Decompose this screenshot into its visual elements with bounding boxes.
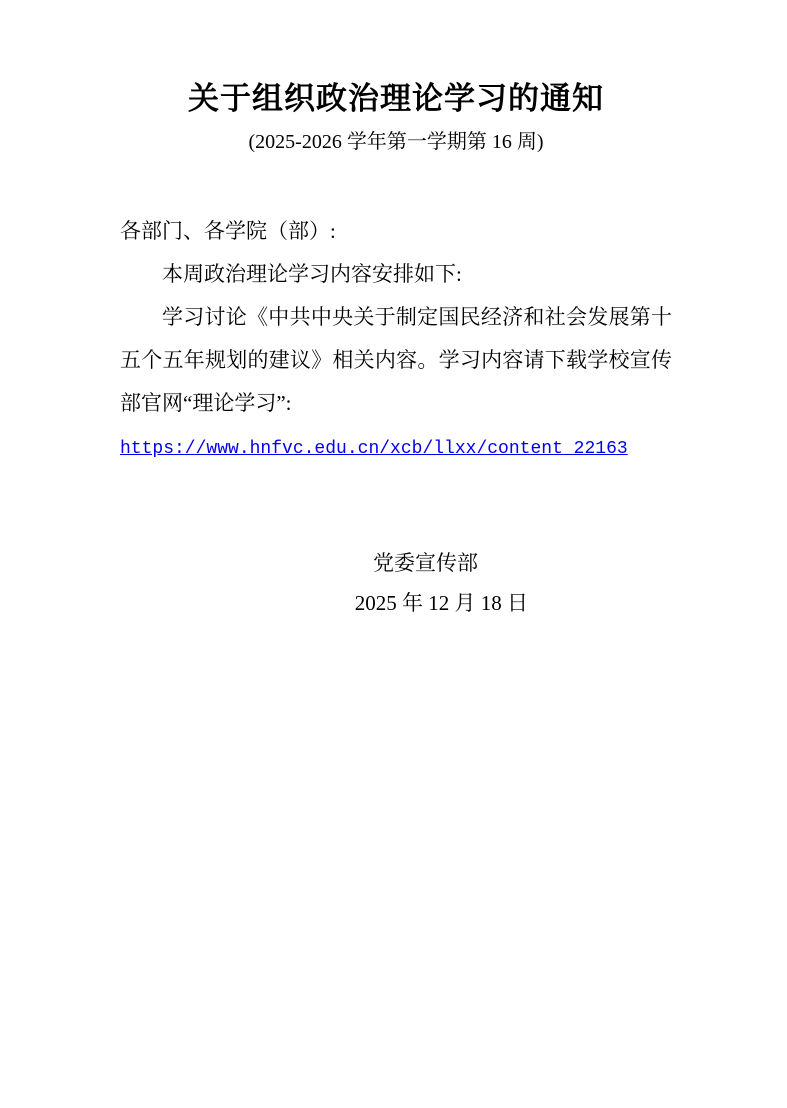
signature-block: 党委宣传部 2025 年 12 月 18 日 (120, 543, 672, 623)
intro-line: 本周政治理论学习内容安排如下: (120, 253, 672, 296)
notice-title: 关于组织政治理论学习的通知 (120, 78, 672, 120)
signature-department: 党委宣传部 (120, 543, 672, 583)
notice-subtitle: (2025-2026 学年第一学期第 16 周) (120, 126, 672, 158)
link-line: https://www.hnfvc.edu.cn/xcb/llxx/conten… (120, 425, 672, 471)
learning-content-link[interactable]: https://www.hnfvc.edu.cn/xcb/llxx/conten… (120, 439, 628, 459)
signature-date: 2025 年 12 月 18 日 (120, 583, 672, 623)
salutation-line: 各部门、各学院（部）: (120, 210, 672, 253)
notice-document-page: 关于组织政治理论学习的通知 (2025-2026 学年第一学期第 16 周) 各… (0, 0, 787, 1108)
notice-body: 各部门、各学院（部）: 本周政治理论学习内容安排如下: 学习讨论《中共中央关于制… (120, 210, 672, 471)
study-content-paragraph: 学习讨论《中共中央关于制定国民经济和社会发展第十五个五年规划的建议》相关内容。学… (120, 296, 672, 425)
